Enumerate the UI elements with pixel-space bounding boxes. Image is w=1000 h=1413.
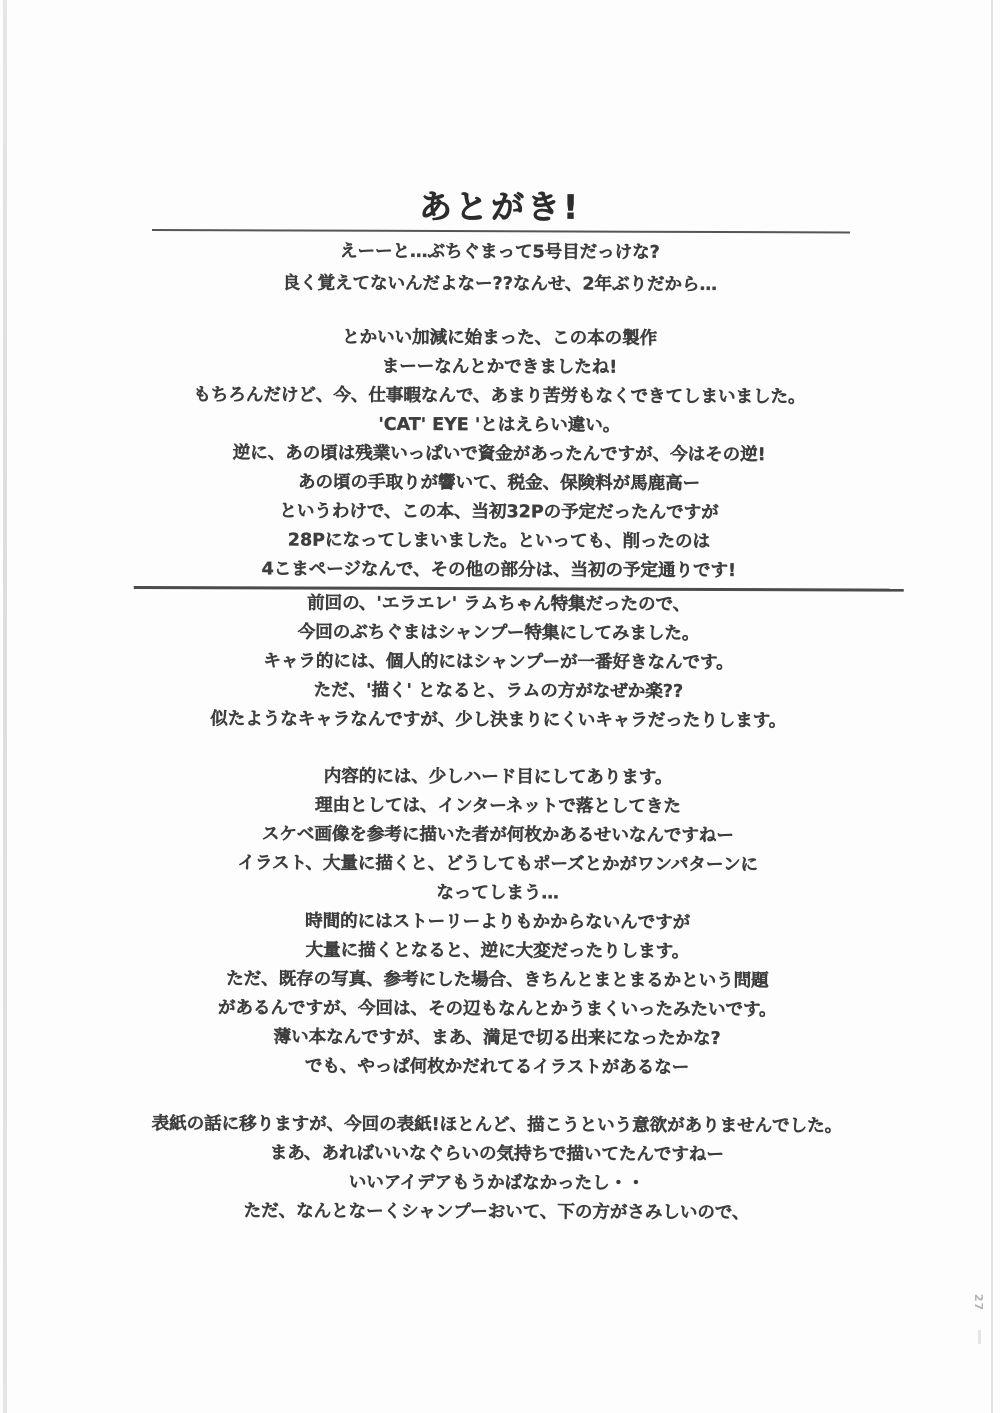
afterword-line: 内容的には、少しハード目にしてあります。 [28, 762, 968, 794]
afterword-line: ただ、'描く' となると、ラムの方がなぜか楽?? [28, 676, 968, 708]
afterword-line: えーーと…ぶちぐまって5号目だっけな? [30, 236, 970, 271]
paragraph-cover: 表紙の話に移りますが、今回の表紙!ほとんど、描こうという意欲がありませんでした。… [27, 1110, 967, 1229]
paragraph-theme: 前回の、'エラエレ' ラムちゃん特集だったので、 今回のぶちぐまはシャンプー特集… [28, 589, 969, 737]
afterword-line: ただ、既存の写真、参考にした場合、きちんとまとまるかという問題 [27, 965, 967, 997]
afterword-line: でも、やっぱ何枚かだれてるイラストがあるなー [27, 1052, 967, 1084]
afterword-line: あの頃の手取りが響いて、税金、保険料が馬鹿高ー [29, 468, 969, 500]
afterword-line: まーーなんとかできましたね! [29, 352, 969, 384]
afterword-line: もちろんだけど、今、仕事暇なんで、あまり苦労もなくできてしまいました。 [29, 381, 969, 413]
afterword-line: 28Pになってしまいました。といっても、削ったのは [29, 526, 969, 558]
afterword-line: 逆に、あの頃は残業いっぱいで資金があったんですが、今はその逆! [29, 439, 969, 471]
afterword-line: まあ、あればいいなぐらいの気持ちで描いてたんですねー [27, 1139, 967, 1171]
paragraph-intro: えーーと…ぶちぐまって5号目だっけな? 良く覚えてないんだよなー??なんせ、2年… [30, 236, 970, 302]
afterword-content: あとがき! えーーと…ぶちぐまって5号目だっけな? 良く覚えてないんだよなー??… [0, 0, 1000, 1413]
afterword-line: 'CAT' EYE 'とはえらい違い。 [29, 410, 969, 442]
scan-smudge [978, 1330, 981, 1344]
afterword-line: 時間的にはストーリーよりもかからないんですが [28, 907, 968, 939]
afterword-line: ただ、なんとなーくシャンプーおいて、下の方がさみしいので、 [27, 1197, 967, 1229]
afterword-line: キャラ的には、個人的にはシャンプーが一番好きなんです。 [28, 647, 968, 679]
page-title: あとがき! [0, 179, 1000, 229]
scanned-page: あとがき! えーーと…ぶちぐまって5号目だっけな? 良く覚えてないんだよなー??… [0, 0, 1000, 1413]
afterword-line: があるんですが、今回は、その辺もなんとかうまくいったみたいです。 [27, 994, 967, 1026]
afterword-line: なってしまう… [28, 878, 968, 910]
afterword-line: とかいい加減に始まった、この本の製作 [30, 323, 970, 355]
afterword-line: 薄い本なんですが、まあ、満足で切る出来になったかな? [27, 1023, 967, 1055]
afterword-line: いいアイデアもうかばなかったし・・ [27, 1168, 967, 1200]
title-underline-rule [152, 229, 850, 233]
paragraph-production: とかいい加減に始まった、この本の製作 まーーなんとかできましたね! もちろんだけ… [29, 323, 970, 587]
afterword-line: というわけで、この本、当初32Pの予定だったんですが [29, 497, 969, 529]
afterword-line: 似たようなキャラなんですが、少し決まりにくいキャラだったりします。 [28, 705, 968, 737]
afterword-line: 大量に描くとなると、逆に大変だったりします。 [27, 936, 967, 968]
page-number: 27 [972, 1294, 985, 1311]
afterword-line: 今回のぶちぐまはシャンプー特集にしてみました。 [29, 618, 969, 650]
afterword-line: イラスト、大量に描くと、どうしてもポーズとかがワンパターンに [28, 849, 968, 881]
afterword-line: 4こまページなんで、その他の部分は、当初の予定通りです! [29, 555, 969, 587]
afterword-line: スケベ画像を参考に描いた者が何枚かあるせいなんですねー [28, 820, 968, 852]
afterword-line: 理由としては、インターネットで落としてきた [28, 791, 968, 823]
afterword-line: 良く覚えてないんだよなー??なんせ、2年ぶりだから… [30, 267, 970, 302]
afterword-line: 表紙の話に移りますが、今回の表紙!ほとんど、描こうという意欲がありませんでした。 [27, 1110, 967, 1142]
afterword-line: 前回の、'エラエレ' ラムちゃん特集だったので、 [29, 589, 969, 621]
paragraph-content-notes: 内容的には、少しハード目にしてあります。 理由としては、インターネットで落として… [27, 762, 968, 1084]
